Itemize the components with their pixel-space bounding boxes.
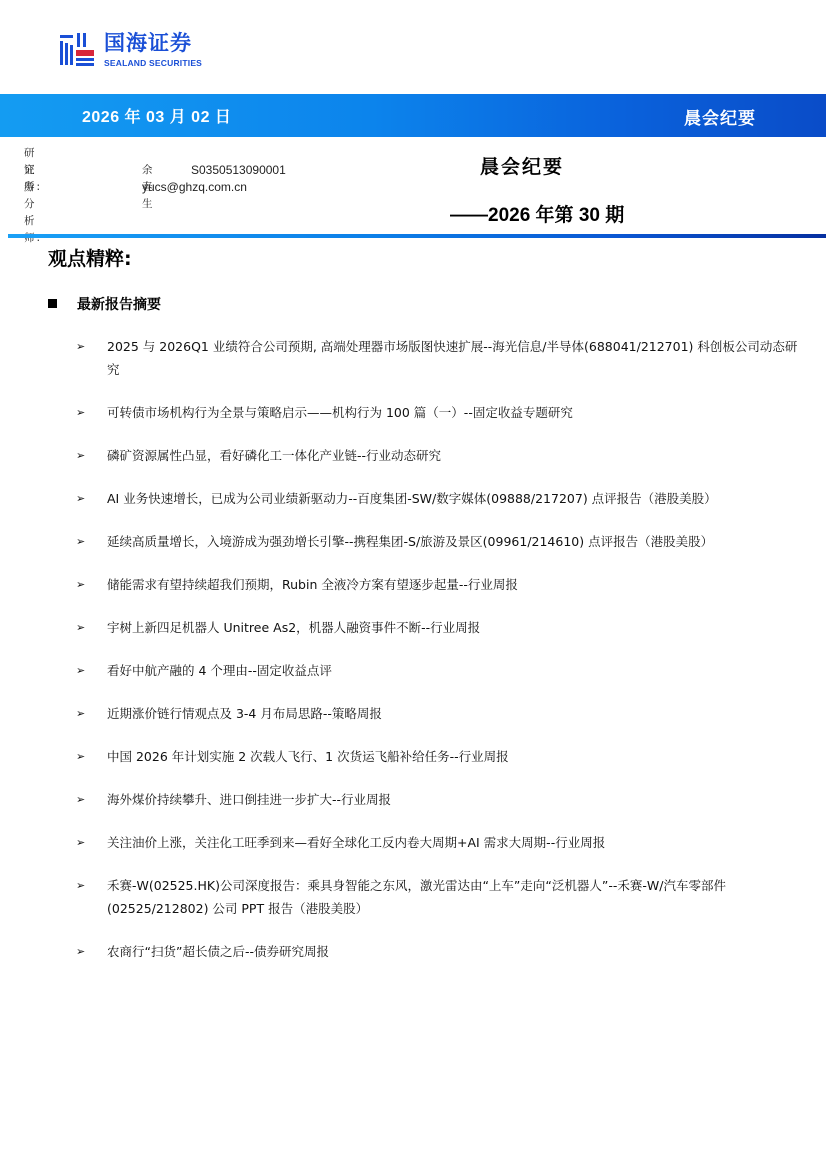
document-issue-number: ——2026 年第 30 期 — [450, 200, 624, 227]
list-item-text: AI 业务快速增长，已成为公司业绩新驱动力--百度集团-SW/数字媒体(0988… — [107, 491, 717, 506]
document-title: 晨会纪要 — [480, 152, 564, 179]
list-item[interactable]: ➢可转债市场机构行为全景与策略启示——机构行为 100 篇（一）--固定收益专题… — [76, 401, 806, 424]
list-item-text: 关注油价上涨，关注化工旺季到来—看好全球化工反内卷大周期+AI 需求大周期--行… — [107, 835, 605, 850]
subheading: 最新报告摘要 — [48, 294, 161, 314]
list-item[interactable]: ➢储能需求有望持续超我们预期，Rubin 全液冷方案有望逐步起量--行业周报 — [76, 573, 806, 596]
arrow-bullet-icon: ➢ — [76, 487, 85, 510]
list-item[interactable]: ➢磷矿资源属性凸显，看好磷化工一体化产业链--行业动态研究 — [76, 444, 806, 467]
arrow-bullet-icon: ➢ — [76, 874, 85, 897]
list-item-text: 海外煤价持续攀升、进口倒挂进一步扩大--行业周报 — [107, 792, 391, 807]
arrow-bullet-icon: ➢ — [76, 444, 85, 467]
arrow-bullet-icon: ➢ — [76, 573, 85, 596]
header-divider — [8, 234, 826, 238]
list-item[interactable]: ➢2025 与 2026Q1 业绩符合公司预期, 高端处理器市场版图快速扩展--… — [76, 335, 806, 381]
arrow-bullet-icon: ➢ — [76, 401, 85, 424]
list-item-text: 磷矿资源属性凸显，看好磷化工一体化产业链--行业动态研究 — [107, 448, 441, 463]
report-summary-list: ➢2025 与 2026Q1 业绩符合公司预期, 高端处理器市场版图快速扩展--… — [76, 335, 806, 983]
arrow-bullet-icon: ➢ — [76, 659, 85, 682]
arrow-bullet-icon: ➢ — [76, 616, 85, 639]
list-item-text: 可转债市场机构行为全景与策略启示——机构行为 100 篇（一）--固定收益专题研… — [107, 405, 573, 420]
logo-english-name: SEALAND SECURITIES — [104, 58, 202, 68]
list-item-text: 延续高质量增长，入境游成为强劲增长引擎--携程集团-S/旅游及景区(09961/… — [107, 534, 713, 549]
list-item-text: 2025 与 2026Q1 业绩符合公司预期, 高端处理器市场版图快速扩展--海… — [107, 339, 797, 377]
list-item[interactable]: ➢中国 2026 年计划实施 2 次载人飞行、1 次货运飞船补给任务--行业周报 — [76, 745, 806, 768]
arrow-bullet-icon: ➢ — [76, 702, 85, 725]
report-type-tag: 晨会纪要 — [684, 104, 756, 129]
section-title: 观点精粹: — [48, 244, 132, 271]
list-item[interactable]: ➢宇树上新四足机器人 Unitree As2，机器人融资事件不断--行业周报 — [76, 616, 806, 639]
list-item[interactable]: ➢近期涨价链行情观点及 3-4 月布局思路--策略周报 — [76, 702, 806, 725]
header-banner: 2026 年 03 月 02 日 晨会纪要 — [0, 94, 826, 137]
list-item[interactable]: ➢关注油价上涨，关注化工旺季到来—看好全球化工反内卷大周期+AI 需求大周期--… — [76, 831, 806, 854]
subheading-label: 最新报告摘要 — [77, 297, 161, 313]
arrow-bullet-icon: ➢ — [76, 335, 85, 358]
arrow-bullet-icon: ➢ — [76, 530, 85, 553]
arrow-bullet-icon: ➢ — [76, 788, 85, 811]
list-item-text: 农商行“扫货”超长债之后--债券研究周报 — [107, 944, 329, 959]
list-item[interactable]: ➢AI 业务快速增长，已成为公司业绩新驱动力--百度集团-SW/数字媒体(098… — [76, 487, 806, 510]
list-item[interactable]: ➢看好中航产融的 4 个理由--固定收益点评 — [76, 659, 806, 682]
list-item-text: 储能需求有望持续超我们预期，Rubin 全液冷方案有望逐步起量--行业周报 — [107, 577, 518, 592]
sealand-logo-icon — [60, 33, 96, 67]
arrow-bullet-icon: ➢ — [76, 745, 85, 768]
list-item[interactable]: ➢延续高质量增长，入境游成为强劲增长引擎--携程集团-S/旅游及景区(09961… — [76, 530, 806, 553]
list-item-text: 看好中航产融的 4 个理由--固定收益点评 — [107, 663, 332, 678]
logo-chinese-name: 国海证券 — [104, 31, 192, 55]
report-date: 2026 年 03 月 02 日 — [82, 104, 231, 127]
list-item[interactable]: ➢禾赛-W(02525.HK)公司深度报告：乘具身智能之东风，激光雷达由“上车”… — [76, 874, 806, 920]
analyst-certificate-code: S0350513090001 — [191, 162, 286, 179]
list-item-text: 宇树上新四足机器人 Unitree As2，机器人融资事件不断--行业周报 — [107, 620, 480, 635]
list-item[interactable]: ➢海外煤价持续攀升、进口倒挂进一步扩大--行业周报 — [76, 788, 806, 811]
square-bullet-icon — [48, 299, 57, 308]
list-item-text: 近期涨价链行情观点及 3-4 月布局思路--策略周报 — [107, 706, 382, 721]
analyst-email[interactable]: yucs@ghzq.com.cn — [142, 179, 247, 196]
company-logo: 国海证券 SEALAND SECURITIES — [60, 31, 210, 69]
arrow-bullet-icon: ➢ — [76, 831, 85, 854]
arrow-bullet-icon: ➢ — [76, 940, 85, 963]
list-item[interactable]: ➢农商行“扫货”超长债之后--债券研究周报 — [76, 940, 806, 963]
list-item-text: 禾赛-W(02525.HK)公司深度报告：乘具身智能之东风，激光雷达由“上车”走… — [107, 878, 726, 916]
list-item-text: 中国 2026 年计划实施 2 次载人飞行、1 次货运飞船补给任务--行业周报 — [107, 749, 509, 764]
